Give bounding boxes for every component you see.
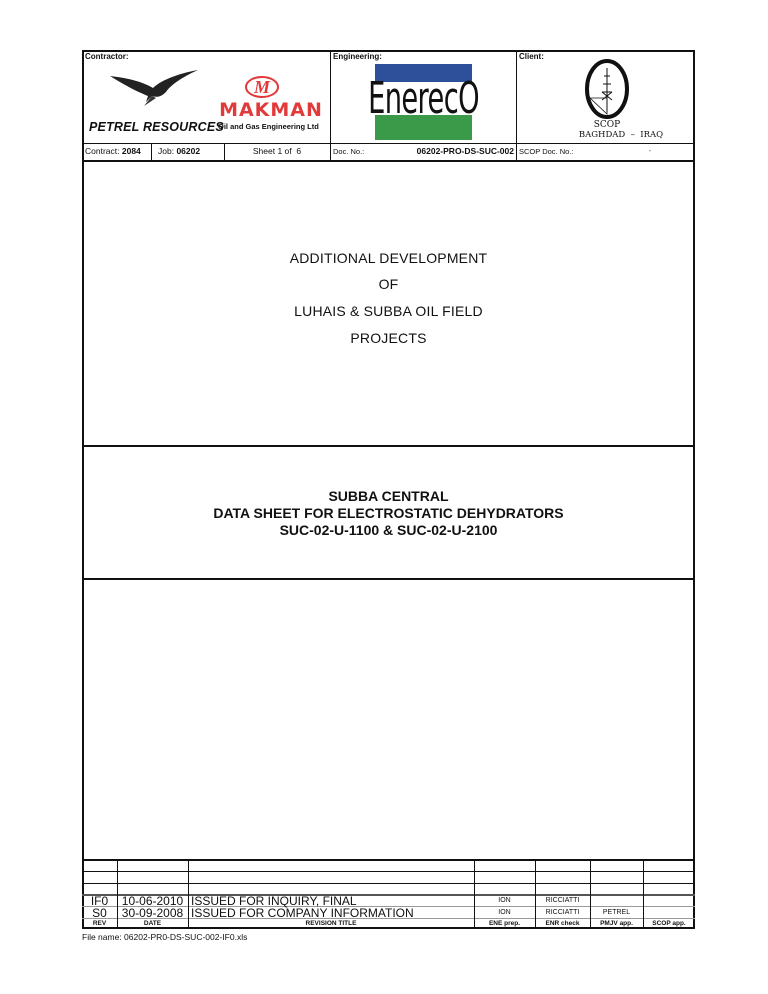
doc-no-label: Doc. No.: [333, 147, 364, 156]
divider [643, 859, 644, 929]
divider [82, 859, 695, 861]
doc-no-value: 06202-PRO-DS-SUC-002 [400, 146, 514, 156]
makman-m-emblem-icon: M [244, 75, 280, 99]
contract-value: 2084 [122, 146, 141, 156]
divider [535, 859, 536, 929]
petrel-bird-logo-icon [108, 66, 213, 111]
enr-check-cell: RICCIATTI [535, 897, 590, 904]
rev-header: REV [82, 920, 117, 927]
job-label: Job: [158, 146, 174, 156]
contract-field: Contract: 2084 [85, 146, 141, 156]
project-line-1: ADDITIONAL DEVELOPMENT [82, 250, 695, 266]
doc-title-line-1: SUBBA CENTRAL [82, 488, 695, 504]
scop-logo-text: SCOP [582, 120, 632, 130]
makman-logo-text: MAKMAN [216, 99, 326, 121]
enr-check-header: ENR check [535, 920, 590, 927]
doc-title-line-3: SUC-02-U-1100 & SUC-02-U-2100 [82, 522, 695, 538]
project-line-4: PROJECTS [82, 330, 695, 346]
enereco-logo-icon: EnerecO [375, 57, 472, 140]
job-field: Job: 06202 [158, 146, 200, 156]
date-cell: 30-09-2008 [117, 906, 188, 920]
ene-prep-cell: ION [474, 909, 535, 916]
project-line-3: LUHAIS & SUBBA OIL FIELD [82, 303, 695, 319]
scop-sub-text: BAGHDAD – IRAQ [556, 130, 686, 140]
divider [188, 859, 189, 929]
file-name: File name: 06202-PR0-DS-SUC-002-IF0.xls [82, 932, 247, 942]
scop-doc-no-value: - [640, 146, 660, 155]
scop-app-header: SCOP app. [643, 920, 695, 927]
divider [330, 50, 331, 161]
sheet-text: Sheet 1 of 6 [224, 146, 330, 156]
divider [516, 50, 517, 161]
divider [82, 160, 695, 162]
divider [82, 871, 695, 872]
scop-doc-no-label: SCOP Doc. No.: [519, 147, 573, 156]
client-label: Client: [519, 52, 544, 61]
job-value: 06202 [176, 146, 200, 156]
divider [590, 859, 591, 929]
makman-sub-text: Oil and Gas Engineering Ltd [218, 122, 319, 131]
contract-label: Contract: [85, 146, 120, 156]
divider [82, 883, 695, 884]
divider [82, 143, 695, 144]
project-line-2: OF [82, 276, 695, 292]
enr-check-cell: RICCIATTI [535, 909, 590, 916]
doc-title-line-2: DATA SHEET FOR ELECTROSTATIC DEHYDRATORS [82, 505, 695, 521]
divider [82, 445, 695, 447]
contractor-logo-text: PETREL RESOURCES [89, 120, 224, 134]
divider [82, 578, 695, 580]
scop-emblem-icon [582, 58, 632, 120]
date-header: DATE [117, 920, 188, 927]
ene-prep-header: ENE prep. [474, 920, 535, 927]
divider [151, 143, 152, 161]
revision-title-header: REVISION TITLE [188, 920, 474, 927]
divider [474, 859, 475, 929]
svg-text:M: M [253, 77, 271, 97]
pmjv-app-header: PMJV app. [590, 920, 643, 927]
ene-prep-cell: ION [474, 897, 535, 904]
contractor-label: Contractor: [85, 52, 129, 61]
title-cell: ISSUED FOR COMPANY INFORMATION [191, 906, 414, 920]
pmjv-app-cell: PETREL [590, 909, 643, 916]
rev-cell: S0 [82, 906, 117, 920]
